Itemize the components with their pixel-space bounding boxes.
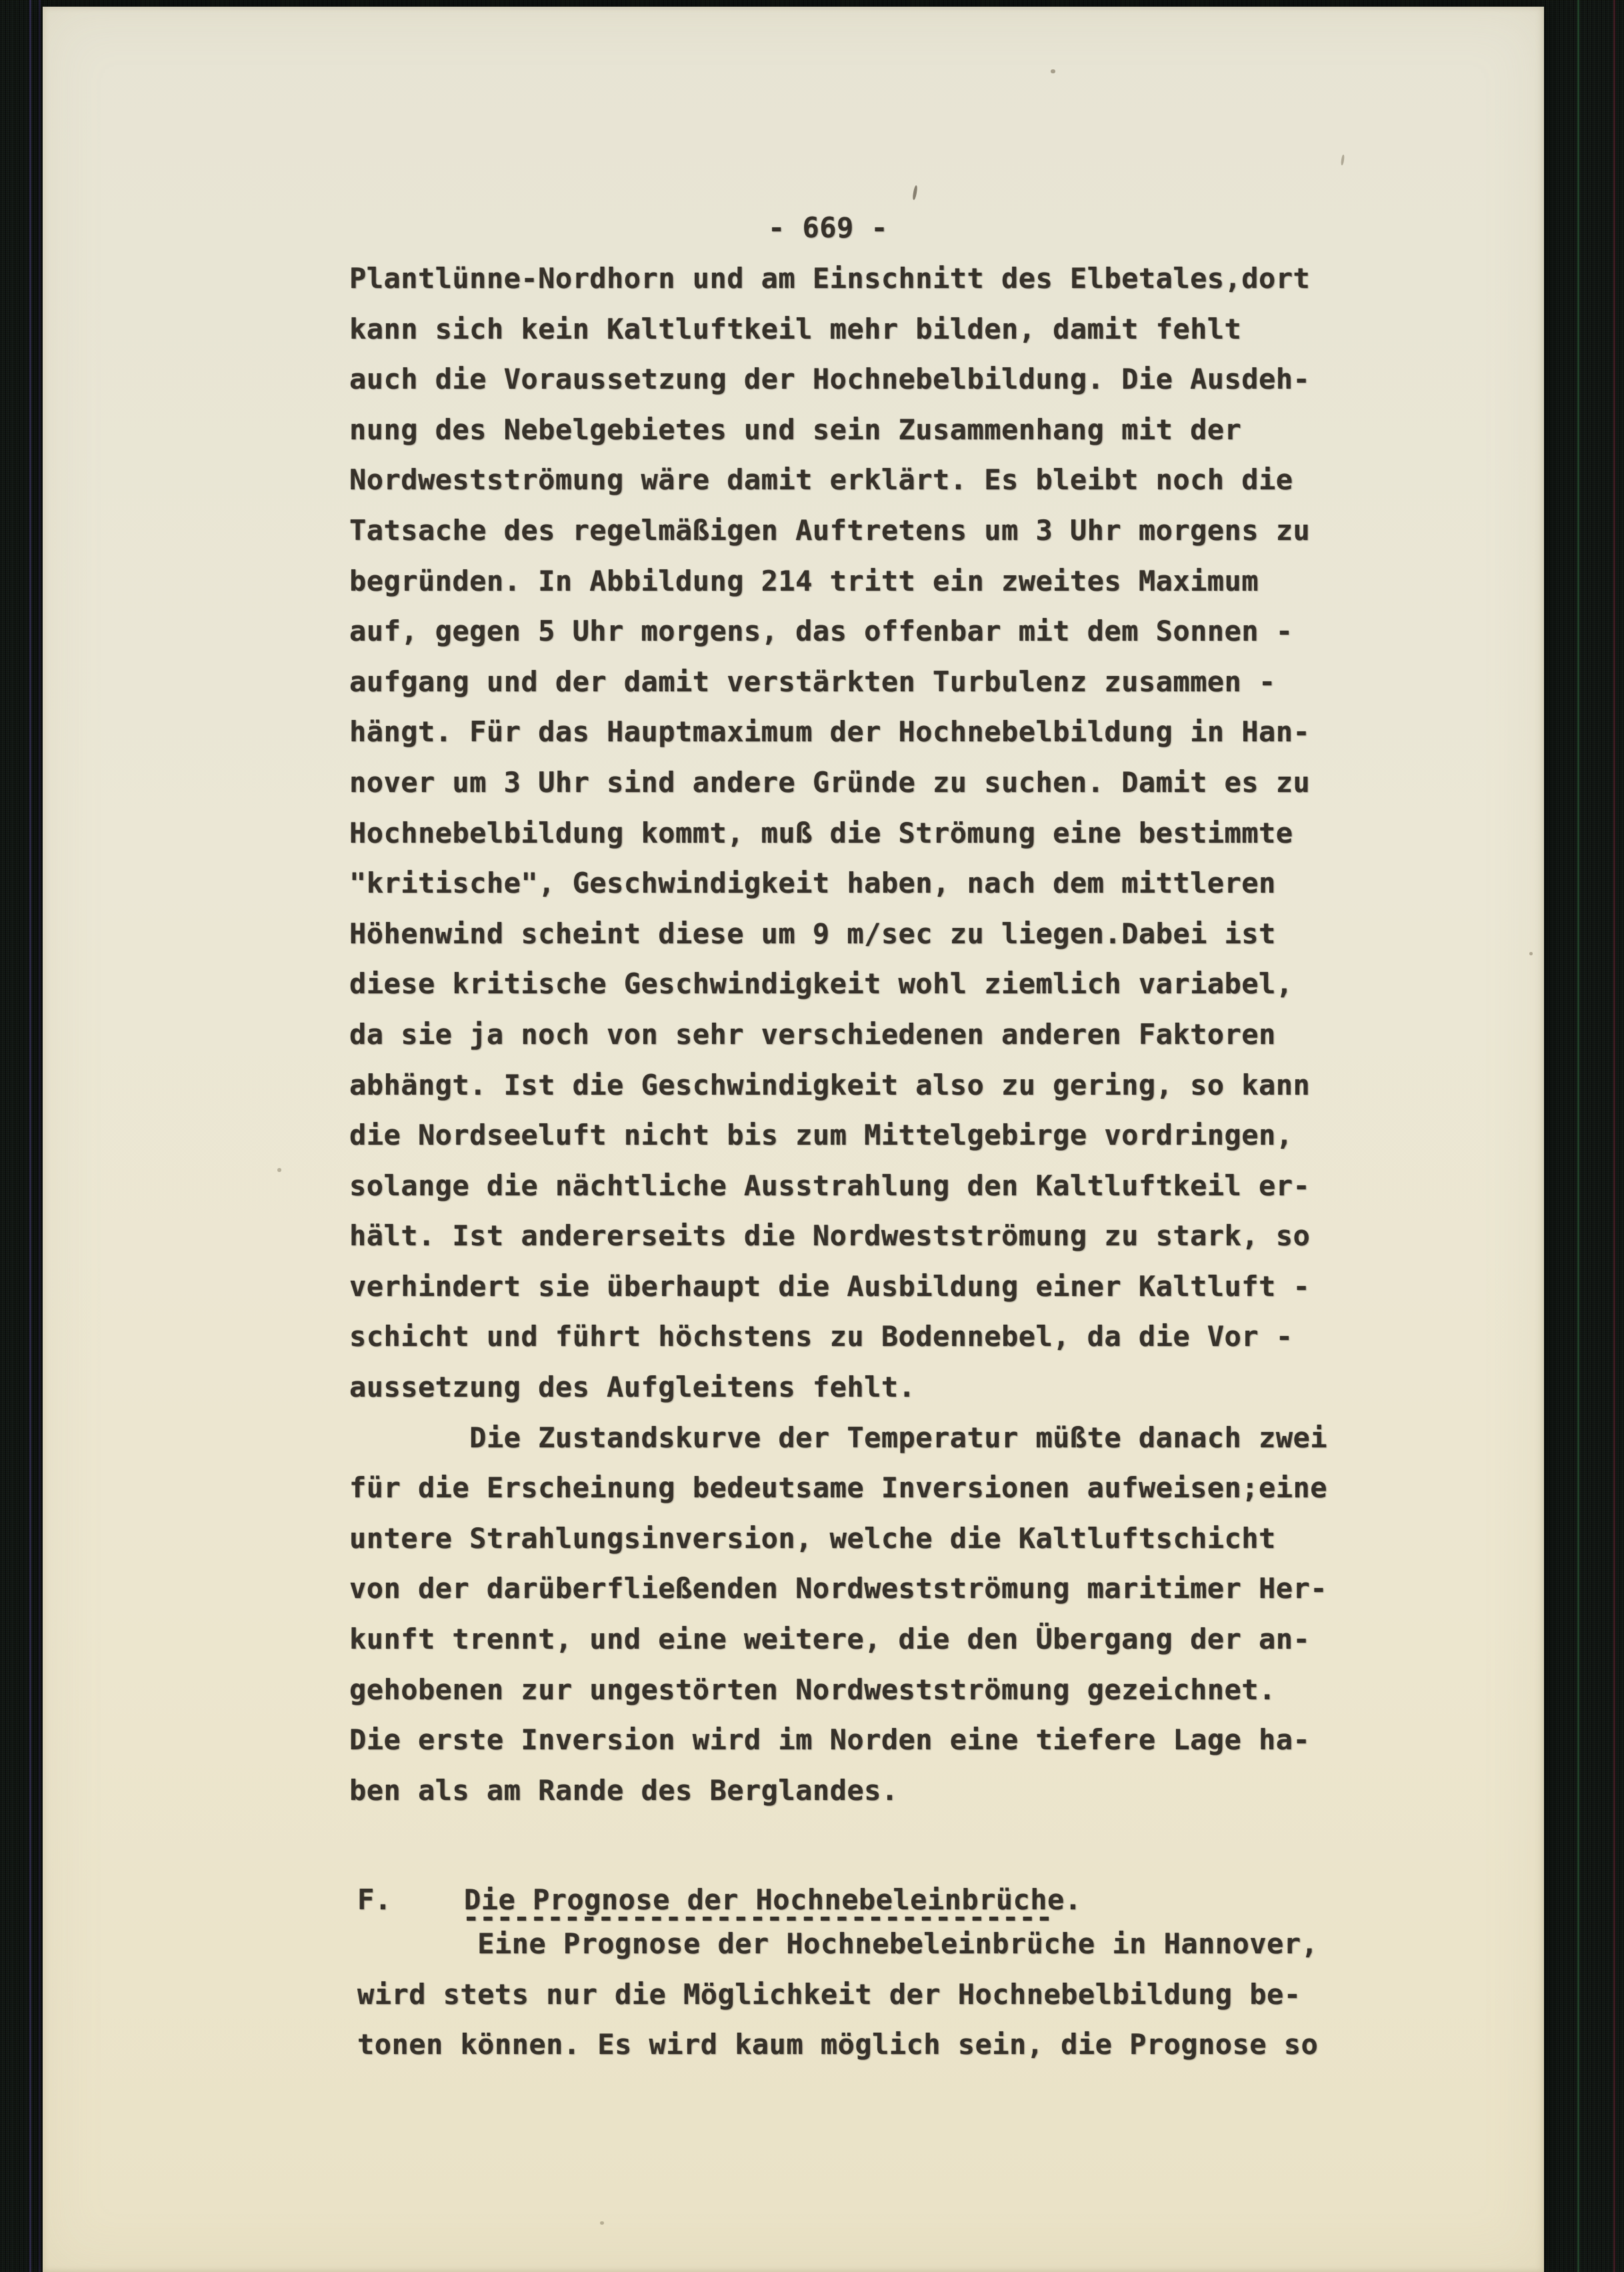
- text-line: begründen. In Abbildung 214 tritt ein zw…: [349, 556, 1327, 607]
- stray-ink-mark: [1341, 155, 1345, 165]
- text-line: da sie ja noch von sehr verschiedenen an…: [349, 1009, 1327, 1060]
- text-line: die Nordseeluft nicht bis zum Mittelgebi…: [349, 1110, 1327, 1161]
- text-line: Höhenwind scheint diese um 9 m/sec zu li…: [349, 909, 1327, 959]
- text-line: auch die Voraussetzung der Hochnebelbild…: [349, 354, 1327, 405]
- binding-pinstripe-purple-2: [39, 0, 41, 2272]
- text-line: hängt. Für das Hauptmaximum der Hochnebe…: [349, 707, 1327, 757]
- text-line: wird stets nur die Möglichkeit der Hochn…: [357, 1969, 1318, 2020]
- text-line: Die Zustandskurve der Temperatur müßte d…: [349, 1413, 1327, 1463]
- text-line: nover um 3 Uhr sind andere Gründe zu suc…: [349, 757, 1327, 808]
- binding-pinstripe-green: [1577, 0, 1579, 2272]
- text-line: ben als am Rande des Berglandes.: [349, 1765, 1327, 1816]
- text-line: nung des Nebelgebietes und sein Zusammen…: [349, 405, 1327, 455]
- text-line: hält. Ist andererseits die Nordwestström…: [349, 1211, 1327, 1261]
- text-line: von der darüberfließenden Nordwestströmu…: [349, 1563, 1327, 1614]
- document-page: - 669 - Plantlünne-Nordhorn und am Einsc…: [43, 7, 1544, 2272]
- text-line: aussetzung des Aufgleitens fehlt.: [349, 1362, 1327, 1413]
- binding-pinstripe-maroon: [1613, 0, 1615, 2272]
- text-line: "kritische", Geschwindigkeit haben, nach…: [349, 858, 1327, 909]
- binding-pinstripe-purple: [29, 0, 31, 2272]
- text-line: kunft trennt, und eine weitere, die den …: [349, 1614, 1327, 1665]
- text-line: solange die nächtliche Ausstrahlung den …: [349, 1161, 1327, 1211]
- page-number: - 669 -: [768, 211, 888, 244]
- text-line: für die Erscheinung bedeutsame Inversion…: [349, 1463, 1327, 1513]
- text-line: gehobenen zur ungestörten Nordwestströmu…: [349, 1665, 1327, 1715]
- paper-speck: [600, 2221, 604, 2225]
- stray-ink-mark: [912, 185, 918, 201]
- text-line: untere Strahlungsinversion, welche die K…: [349, 1513, 1327, 1564]
- text-line: Die erste Inversion wird im Norden eine …: [349, 1715, 1327, 1765]
- paper-speck: [1051, 69, 1055, 73]
- text-line: Tatsache des regelmäßigen Auftretens um …: [349, 505, 1327, 556]
- text-line: abhängt. Ist die Geschwindigkeit also zu…: [349, 1060, 1327, 1111]
- paper-speck: [277, 1168, 281, 1172]
- text-line: kann sich kein Kaltluftkeil mehr bilden,…: [349, 304, 1327, 355]
- text-line: verhindert sie überhaupt die Ausbildung …: [349, 1261, 1327, 1312]
- text-line: schicht und führt höchstens zu Bodennebe…: [349, 1311, 1327, 1362]
- section-paragraph: Eine Prognose der Hochnebeleinbrüche in …: [357, 1919, 1318, 2070]
- text-line: aufgang und der damit verstärkten Turbul…: [349, 657, 1327, 707]
- text-line: Hochnebelbildung kommt, muß die Strömung…: [349, 808, 1327, 859]
- text-line: Nordwestströmung wäre damit erklärt. Es …: [349, 455, 1327, 505]
- text-line: Eine Prognose der Hochnebeleinbrüche in …: [357, 1919, 1318, 1969]
- text-line: tonen können. Es wird kaum möglich sein,…: [357, 2019, 1318, 2070]
- scan-background: - 669 - Plantlünne-Nordhorn und am Einsc…: [0, 0, 1624, 2272]
- text-line: auf, gegen 5 Uhr morgens, das offenbar m…: [349, 606, 1327, 657]
- body-text-block: Plantlünne-Nordhorn und am Einschnitt de…: [349, 253, 1327, 1815]
- paper-speck: [1529, 952, 1533, 955]
- section-label: F.: [357, 1875, 391, 1925]
- text-line: Plantlünne-Nordhorn und am Einschnitt de…: [349, 253, 1327, 304]
- text-line: diese kritische Geschwindigkeit wohl zie…: [349, 959, 1327, 1009]
